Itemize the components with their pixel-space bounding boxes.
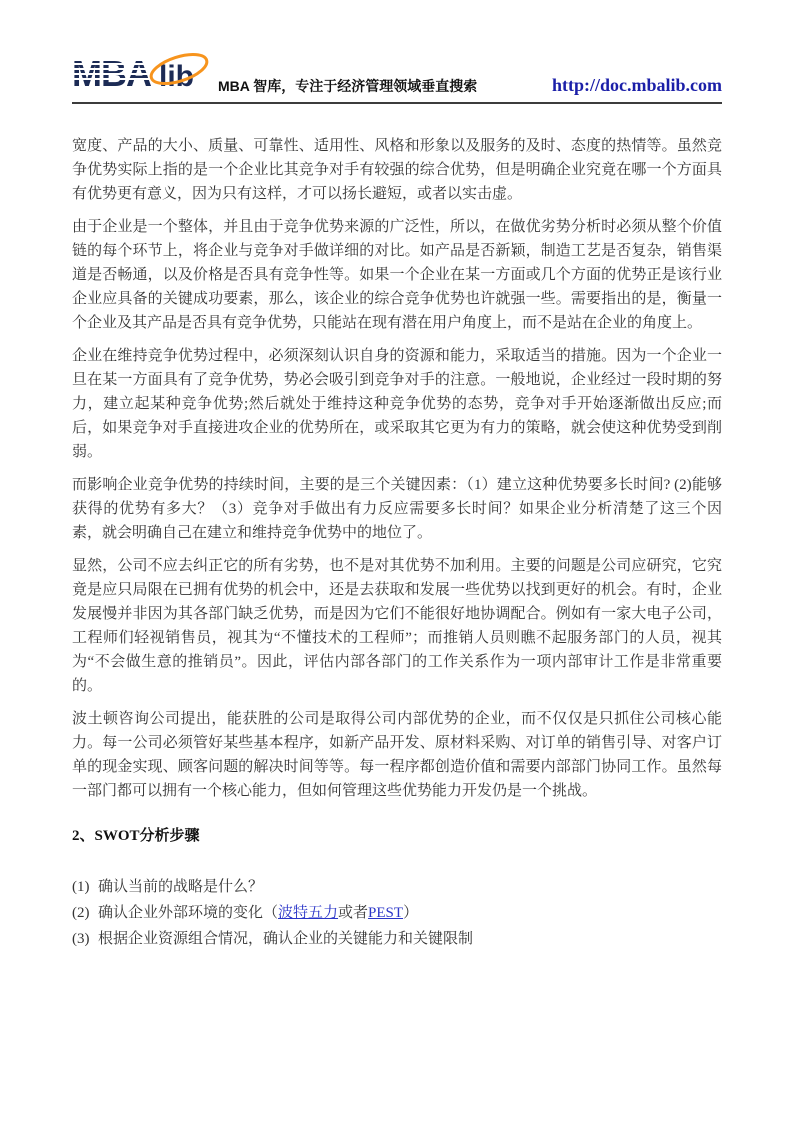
list-text: 确认当前的战略是什么？ — [98, 879, 263, 895]
list-text: 或者 — [338, 905, 368, 921]
logo-lib-text: lib — [159, 60, 194, 93]
link-pest[interactable]: PEST — [368, 905, 403, 921]
mbalib-logo: MBA lib — [72, 52, 214, 98]
header-tagline: MBA 智库，专注于经济管理领域垂直搜索 — [218, 76, 477, 98]
list-number: (2) — [72, 900, 96, 926]
paragraph-4: 而影响企业竞争优势的持续时间，主要的是三个关键因素：（1）建立这种优势要多长时间… — [72, 473, 722, 545]
list-number: (3) — [72, 926, 96, 952]
document-page: MBA lib MBA 智库，专注于经济管理领域垂直搜索 http://doc.… — [0, 0, 793, 1122]
document-body: 宽度、产品的大小、质量、可靠性、适用性、风格和形象以及服务的及时、态度的热情等。… — [72, 134, 722, 952]
header: MBA lib MBA 智库，专注于经济管理领域垂直搜索 http://doc.… — [72, 52, 722, 104]
paragraph-1: 宽度、产品的大小、质量、可靠性、适用性、风格和形象以及服务的及时、态度的热情等。… — [72, 134, 722, 206]
paragraph-2: 由于企业是一个整体，并且由于竞争优势来源的广泛性，所以，在做优劣势分析时必须从整… — [72, 215, 722, 335]
list-item-3: (3)根据企业资源组合情况，确认企业的关键能力和关键限制 — [72, 926, 722, 952]
list-text: ） — [403, 905, 418, 921]
section-heading: 2、SWOT分析步骤 — [72, 824, 722, 848]
list-item-2: (2)确认企业外部环境的变化（波特五力或者PEST） — [72, 900, 722, 926]
list-text: 确认企业外部环境的变化（ — [98, 905, 278, 921]
header-url-link[interactable]: http://doc.mbalib.com — [552, 75, 722, 98]
list-item-1: (1)确认当前的战略是什么？ — [72, 874, 722, 900]
link-porter-five-forces[interactable]: 波特五力 — [278, 905, 338, 921]
list-number: (1) — [72, 874, 96, 900]
list-text: 根据企业资源组合情况，确认企业的关键能力和关键限制 — [98, 931, 473, 947]
swot-steps-list: (1)确认当前的战略是什么？ (2)确认企业外部环境的变化（波特五力或者PEST… — [72, 874, 722, 952]
mbalib-logo-graphic: MBA lib — [72, 52, 214, 98]
paragraph-6: 波土顿咨询公司提出，能获胜的公司是取得公司内部优势的企业，而不仅仅是只抓住公司核… — [72, 707, 722, 803]
paragraph-3: 企业在维持竞争优势过程中，必须深刻认识自身的资源和能力，采取适当的措施。因为一个… — [72, 344, 722, 464]
paragraph-5: 显然，公司不应去纠正它的所有劣势，也不是对其优势不加利用。主要的问题是公司应研究… — [72, 554, 722, 698]
